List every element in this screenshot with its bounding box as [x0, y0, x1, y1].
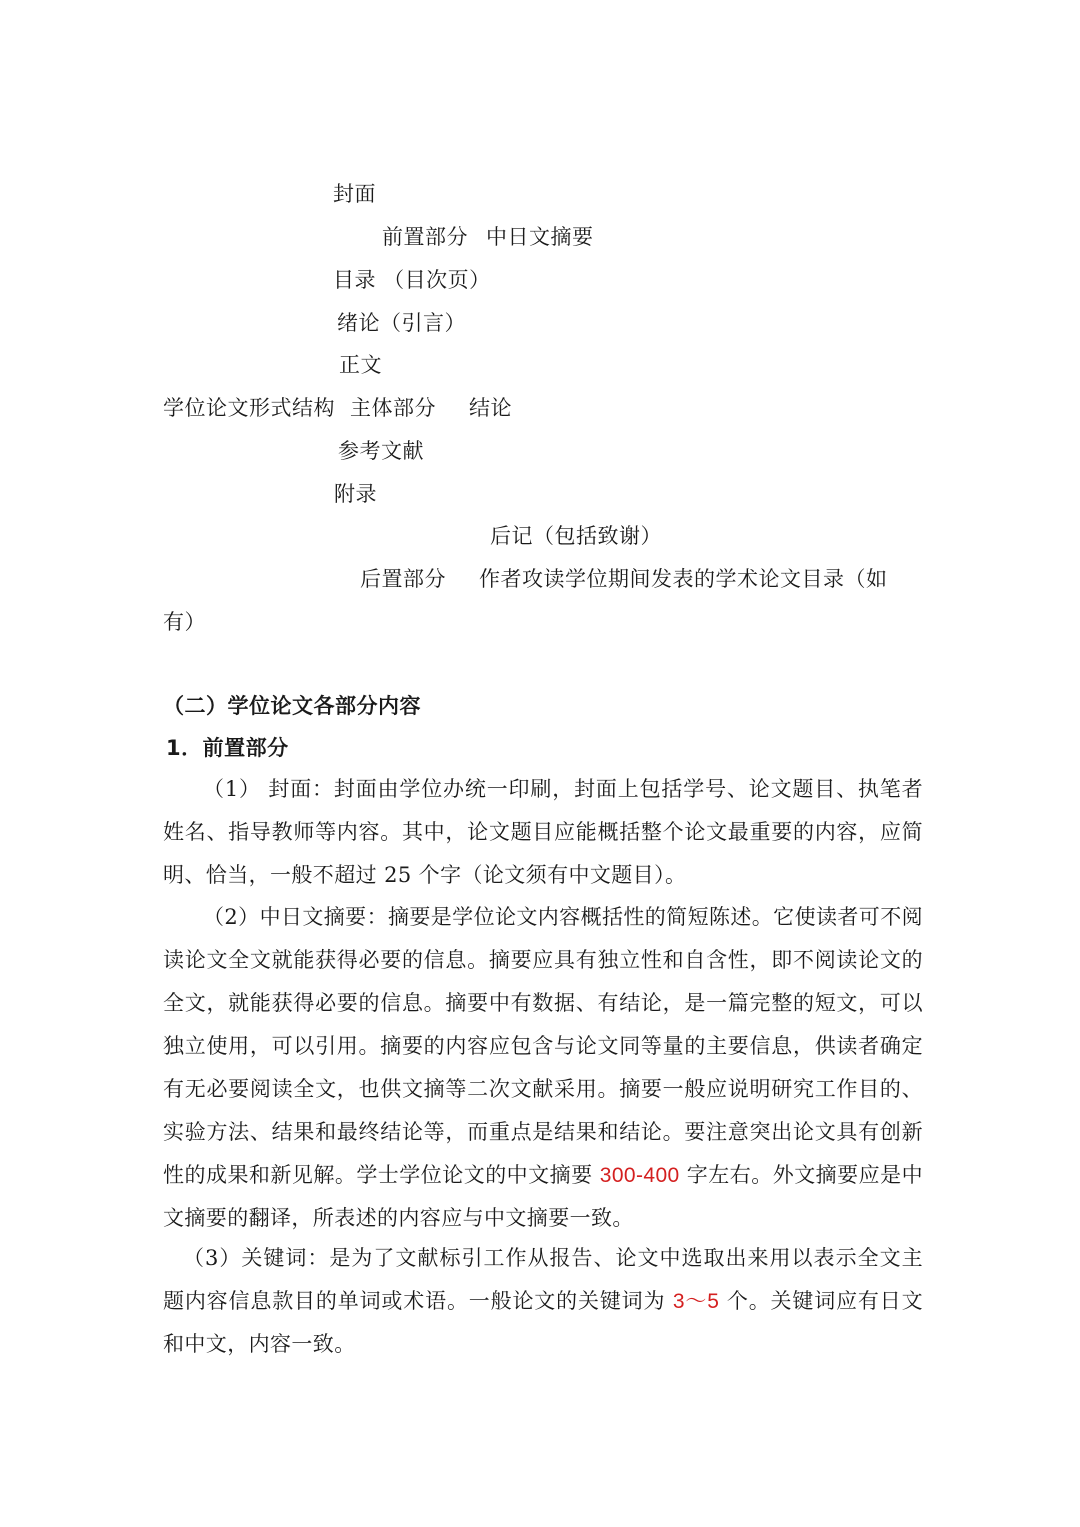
keyword-count-highlight: 3～5: [673, 1290, 719, 1313]
paragraph-abstract-text-a: （2）中日文摘要：摘要是学位论文内容概括性的简短陈述。它使读者可不阅读论文全文就…: [163, 905, 923, 1187]
outline-publications-cont: 有）: [163, 608, 206, 636]
outline-front-abstract: 中日文摘要: [486, 223, 594, 251]
outline-intro: 绪论（引言）: [337, 309, 466, 337]
section-subheading: 1．前置部分: [166, 734, 289, 762]
outline-toc: 目录 （目次页）: [333, 266, 491, 294]
outline-conclusion: 结论: [469, 394, 512, 422]
paragraph-abstract: （2）中日文摘要：摘要是学位论文内容概括性的简短陈述。它使读者可不阅读论文全文就…: [163, 896, 923, 1240]
paragraph-keywords: （3）关键词：是为了文献标引工作从报告、论文中选取出来用以表示全文主题内容信息款…: [163, 1237, 923, 1366]
outline-body: 正文: [339, 351, 382, 379]
section-heading: （二）学位论文各部分内容: [163, 692, 421, 720]
outline-front-label: 前置部分: [382, 223, 468, 251]
outline-appendix: 附录: [334, 480, 377, 508]
outline-root-label: 学位论文形式结构: [163, 394, 335, 422]
paragraph-cover-text: （1） 封面：封面由学位办统一印刷，封面上包括学号、论文题目、执笔者姓名、指导教…: [163, 777, 923, 887]
paragraph-cover: （1） 封面：封面由学位办统一印刷，封面上包括学号、论文题目、执笔者姓名、指导教…: [163, 768, 923, 897]
outline-main-label: 主体部分: [350, 394, 436, 422]
outline-postscript: 后记（包括致谢）: [490, 522, 662, 550]
outline-references: 参考文献: [338, 437, 424, 465]
outline-cover: 封面: [333, 180, 376, 208]
outline-back-label: 后置部分: [360, 565, 446, 593]
abstract-word-count-highlight: 300-400: [600, 1164, 680, 1187]
outline-publications: 作者攻读学位期间发表的学术论文目录（如: [479, 565, 888, 593]
